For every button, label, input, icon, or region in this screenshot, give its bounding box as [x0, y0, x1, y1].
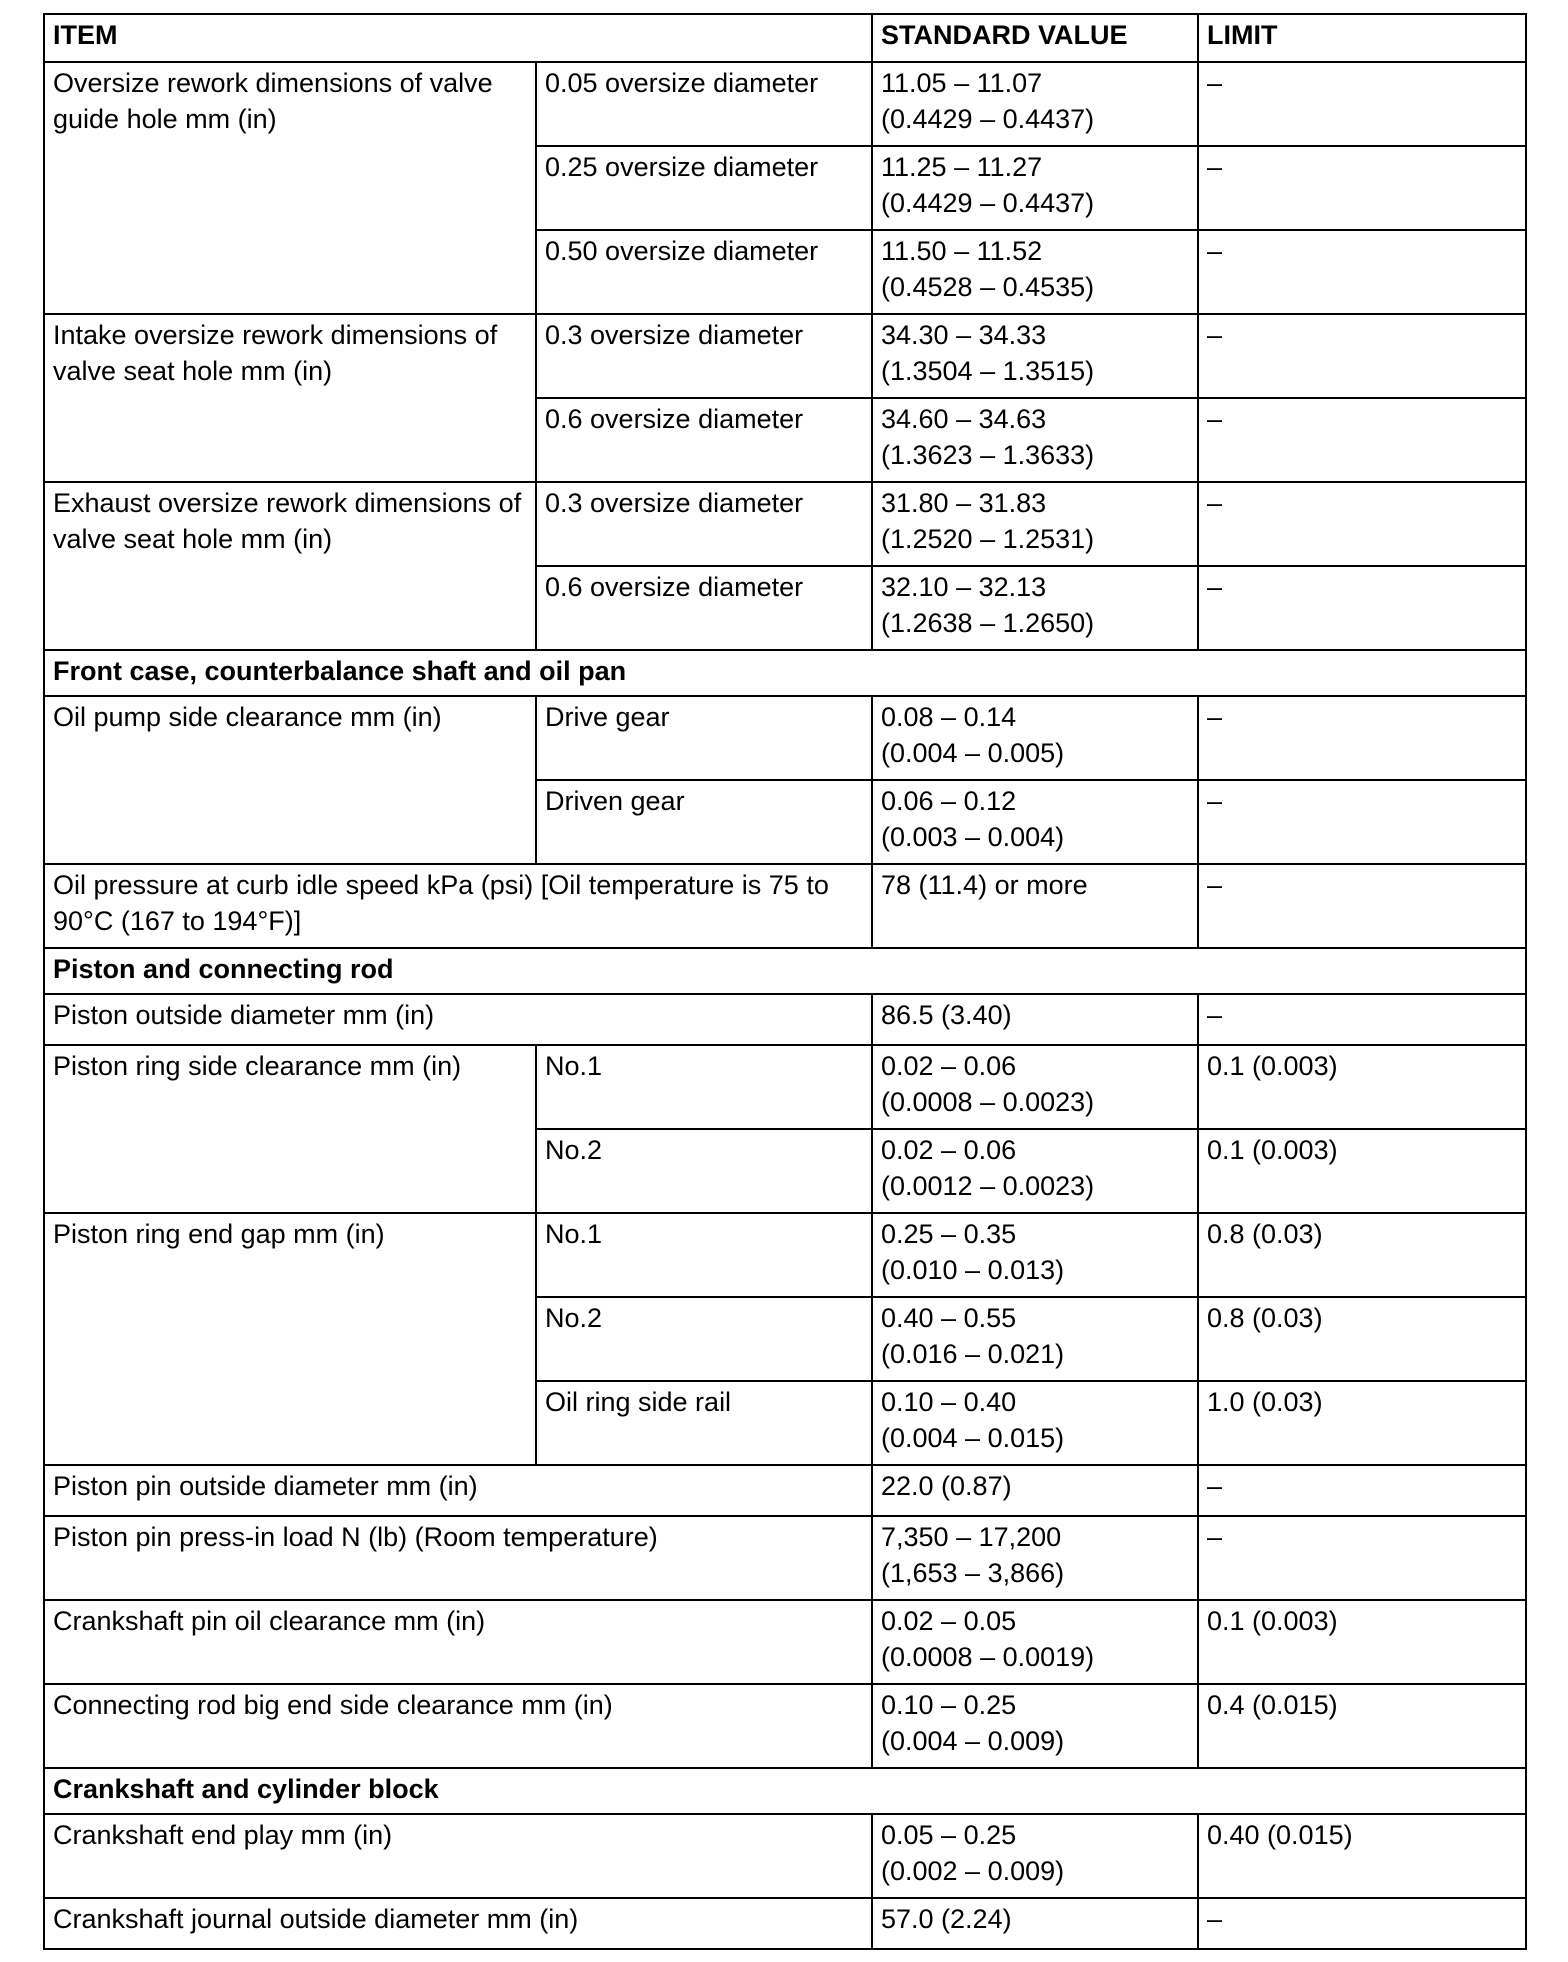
standard-value: 22.0 (0.87) [872, 1465, 1198, 1516]
item-label: Piston ring end gap mm (in) [44, 1213, 536, 1465]
standard-value: 0.10 – 0.25(0.004 – 0.009) [872, 1684, 1198, 1768]
standard-value: 11.25 – 11.27(0.4429 – 0.4437) [872, 146, 1198, 230]
limit-value: – [1198, 994, 1526, 1045]
limit-value: – [1198, 230, 1526, 314]
limit-value: 0.8 (0.03) [1198, 1297, 1526, 1381]
item-label: Crankshaft pin oil clearance mm (in) [44, 1600, 872, 1684]
item-label: Crankshaft journal outside diameter mm (… [44, 1898, 872, 1949]
table-row: Crankshaft end play mm (in) 0.05 – 0.25(… [44, 1814, 1526, 1898]
standard-value: 11.05 – 11.07(0.4429 – 0.4437) [872, 62, 1198, 146]
limit-value: – [1198, 62, 1526, 146]
specifications-table: ITEM STANDARD VALUE LIMIT Oversize rewor… [43, 13, 1527, 1950]
sub-item: 0.6 oversize diameter [536, 398, 872, 482]
limit-value: 0.40 (0.015) [1198, 1814, 1526, 1898]
sub-item: 0.25 oversize diameter [536, 146, 872, 230]
header-item: ITEM [44, 14, 872, 62]
sub-item: 0.3 oversize diameter [536, 314, 872, 398]
standard-value: 7,350 – 17,200(1,653 – 3,866) [872, 1516, 1198, 1600]
sub-item: No.1 [536, 1045, 872, 1129]
limit-value: 0.1 (0.003) [1198, 1600, 1526, 1684]
limit-value: 0.8 (0.03) [1198, 1213, 1526, 1297]
section-heading: Crankshaft and cylinder block [44, 1768, 1526, 1814]
item-label: Crankshaft end play mm (in) [44, 1814, 872, 1898]
limit-value: – [1198, 1898, 1526, 1949]
sub-item: 0.05 oversize diameter [536, 62, 872, 146]
item-label: Piston pin press-in load N (lb) (Room te… [44, 1516, 872, 1600]
sub-item: No.2 [536, 1129, 872, 1213]
table-row: Crankshaft pin oil clearance mm (in) 0.0… [44, 1600, 1526, 1684]
limit-value: – [1198, 146, 1526, 230]
table-row: Oil pressure at curb idle speed kPa (psi… [44, 864, 1526, 948]
table-row: Oversize rework dimensions of valve guid… [44, 62, 1526, 146]
header-standard-value: STANDARD VALUE [872, 14, 1198, 62]
item-label: Oil pump side clearance mm (in) [44, 696, 536, 864]
standard-value: 0.02 – 0.05(0.0008 – 0.0019) [872, 1600, 1198, 1684]
limit-value: – [1198, 696, 1526, 780]
item-label: Exhaust oversize rework dimensions of va… [44, 482, 536, 650]
item-label: Piston outside diameter mm (in) [44, 994, 872, 1045]
standard-value: 78 (11.4) or more [872, 864, 1198, 948]
standard-value: 32.10 – 32.13(1.2638 – 1.2650) [872, 566, 1198, 650]
table-row: Connecting rod big end side clearance mm… [44, 1684, 1526, 1768]
sub-item: No.2 [536, 1297, 872, 1381]
limit-value: – [1198, 566, 1526, 650]
header-row: ITEM STANDARD VALUE LIMIT [44, 14, 1526, 62]
standard-value: 0.08 – 0.14(0.004 – 0.005) [872, 696, 1198, 780]
limit-value: 0.4 (0.015) [1198, 1684, 1526, 1768]
section-heading: Front case, counterbalance shaft and oil… [44, 650, 1526, 696]
standard-value: 31.80 – 31.83(1.2520 – 1.2531) [872, 482, 1198, 566]
limit-value: 0.1 (0.003) [1198, 1129, 1526, 1213]
sub-item: 0.6 oversize diameter [536, 566, 872, 650]
sub-item: Oil ring side rail [536, 1381, 872, 1465]
table-row: Piston outside diameter mm (in) 86.5 (3.… [44, 994, 1526, 1045]
standard-value: 0.25 – 0.35(0.010 – 0.013) [872, 1213, 1198, 1297]
standard-value: 0.10 – 0.40(0.004 – 0.015) [872, 1381, 1198, 1465]
standard-value: 0.06 – 0.12(0.003 – 0.004) [872, 780, 1198, 864]
standard-value: 34.30 – 34.33(1.3504 – 1.3515) [872, 314, 1198, 398]
sub-item: 0.3 oversize diameter [536, 482, 872, 566]
standard-value: 0.05 – 0.25(0.002 – 0.009) [872, 1814, 1198, 1898]
sub-item: Driven gear [536, 780, 872, 864]
standard-value: 86.5 (3.40) [872, 994, 1198, 1045]
sub-item: No.1 [536, 1213, 872, 1297]
standard-value: 0.02 – 0.06(0.0008 – 0.0023) [872, 1045, 1198, 1129]
section-row: Front case, counterbalance shaft and oil… [44, 650, 1526, 696]
table-row: Crankshaft journal outside diameter mm (… [44, 1898, 1526, 1949]
header-limit: LIMIT [1198, 14, 1526, 62]
item-label: Piston ring side clearance mm (in) [44, 1045, 536, 1213]
limit-value: – [1198, 314, 1526, 398]
section-row: Piston and connecting rod [44, 948, 1526, 994]
section-row: Crankshaft and cylinder block [44, 1768, 1526, 1814]
item-label: Connecting rod big end side clearance mm… [44, 1684, 872, 1768]
item-label: Piston pin outside diameter mm (in) [44, 1465, 872, 1516]
limit-value: – [1198, 1465, 1526, 1516]
item-label: Intake oversize rework dimensions of val… [44, 314, 536, 482]
standard-value: 57.0 (2.24) [872, 1898, 1198, 1949]
limit-value: – [1198, 864, 1526, 948]
standard-value: 0.02 – 0.06(0.0012 – 0.0023) [872, 1129, 1198, 1213]
standard-value: 11.50 – 11.52(0.4528 – 0.4535) [872, 230, 1198, 314]
table-row: Piston ring end gap mm (in) No.1 0.25 – … [44, 1213, 1526, 1297]
table-row: Intake oversize rework dimensions of val… [44, 314, 1526, 398]
table-row: Piston ring side clearance mm (in) No.1 … [44, 1045, 1526, 1129]
limit-value: 1.0 (0.03) [1198, 1381, 1526, 1465]
standard-value: 34.60 – 34.63(1.3623 – 1.3633) [872, 398, 1198, 482]
standard-value: 0.40 – 0.55(0.016 – 0.021) [872, 1297, 1198, 1381]
limit-value: – [1198, 482, 1526, 566]
item-label: Oversize rework dimensions of valve guid… [44, 62, 536, 314]
section-heading: Piston and connecting rod [44, 948, 1526, 994]
limit-value: – [1198, 398, 1526, 482]
limit-value: – [1198, 1516, 1526, 1600]
table-row: Piston pin outside diameter mm (in) 22.0… [44, 1465, 1526, 1516]
table-row: Exhaust oversize rework dimensions of va… [44, 482, 1526, 566]
sub-item: 0.50 oversize diameter [536, 230, 872, 314]
sub-item: Drive gear [536, 696, 872, 780]
item-label: Oil pressure at curb idle speed kPa (psi… [44, 864, 872, 948]
limit-value: – [1198, 780, 1526, 864]
table-row: Piston pin press-in load N (lb) (Room te… [44, 1516, 1526, 1600]
table-row: Oil pump side clearance mm (in) Drive ge… [44, 696, 1526, 780]
limit-value: 0.1 (0.003) [1198, 1045, 1526, 1129]
